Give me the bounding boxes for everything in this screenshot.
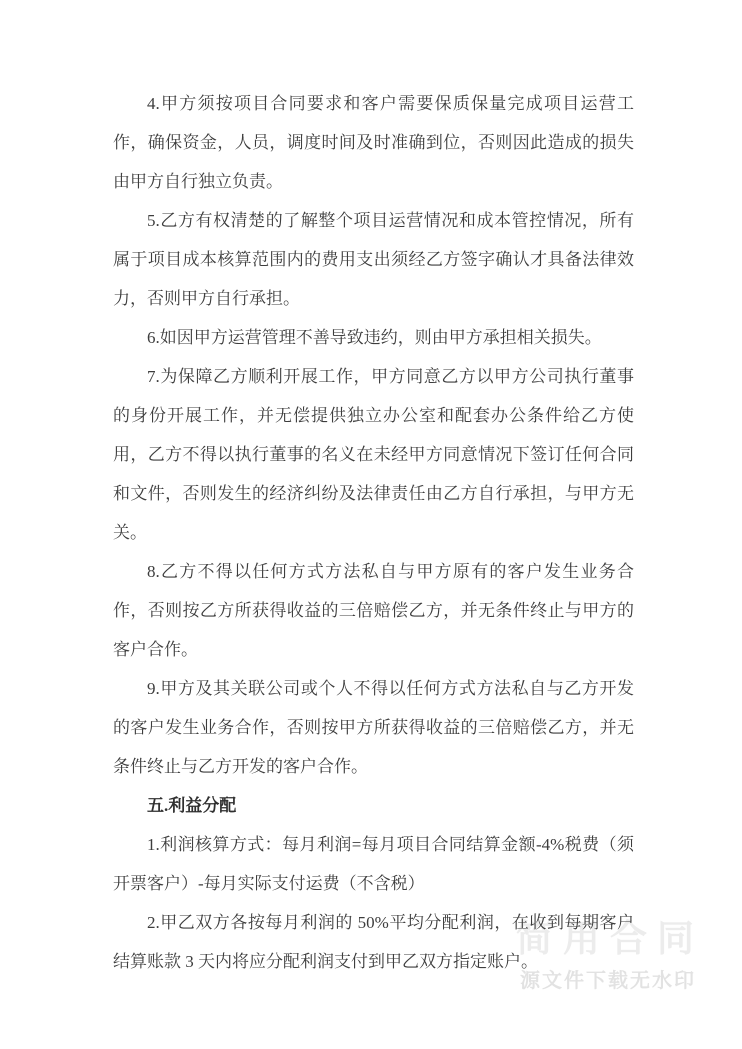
contract-clause: 9.甲方及其关联公司或个人不得以任何方式方法私自与乙方开发的客户发生业务合作，否… [113,669,634,786]
section-heading: 五.利益分配 [113,786,634,825]
contract-clause: 5.乙方有权清楚的了解整个项目运营情况和成本管控情况，所有属于项目成本核算范围内… [113,201,634,318]
contract-body-text: 4.甲方须按项目合同要求和客户需要保质保量完成项目运营工作，确保资金，人员，调度… [113,84,634,981]
contract-clause: 6.如因甲方运营管理不善导致违约，则由甲方承担相关损失。 [113,318,634,357]
contract-clause: 1.利润核算方式：每月利润=每月项目合同结算金额-4%税费（须开票客户）-每月实… [113,825,634,903]
contract-clause: 2.甲乙双方各按每月利润的 50%平均分配利润，在收到每期客户结算账款 3 天内… [113,903,634,981]
contract-clause: 8.乙方不得以任何方式方法私自与甲方原有的客户发生业务合作，否则按乙方所获得收益… [113,552,634,669]
contract-clause: 7.为保障乙方顺利开展工作，甲方同意乙方以甲方公司执行董事的身份开展工作，并无偿… [113,357,634,552]
contract-page: 4.甲方须按项目合同要求和客户需要保质保量完成项目运营工作，确保资金，人员，调度… [0,0,742,1049]
contract-clause: 4.甲方须按项目合同要求和客户需要保质保量完成项目运营工作，确保资金，人员，调度… [113,84,634,201]
